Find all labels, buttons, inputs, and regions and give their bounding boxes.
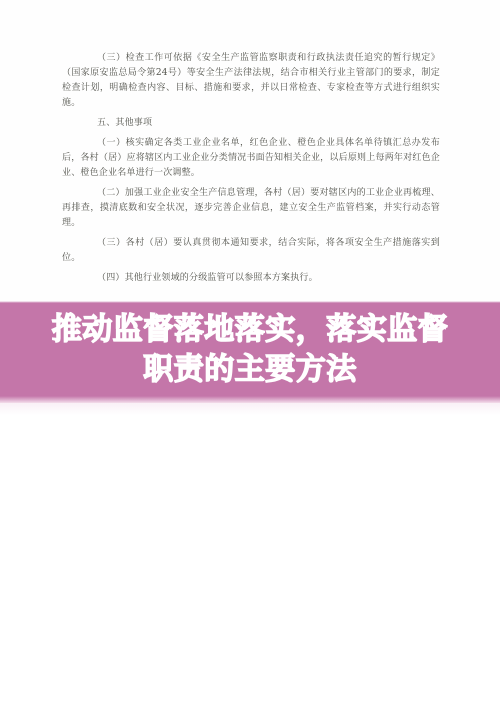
blank-content-area: [0, 415, 500, 707]
banner-title-line2: 职责的主要方法: [143, 350, 357, 390]
article-page: （三）检查工作可依据《安全生产监管监察职责和行政执法责任追究的暂行规定》（国家原…: [0, 0, 500, 707]
document-paragraph-3-implementation: （三）各村（居）要认真贯彻本通知要求，结合实际，将各项安全生产措施落实到位。: [62, 236, 440, 266]
banner-title-line1: 推动监督落地落实，落实监督: [52, 310, 449, 350]
document-paragraph-3-inspection-work: （三）检查工作可依据《安全生产监管监察职责和行政执法责任追究的暂行规定》（国家原…: [62, 51, 440, 111]
document-paragraph-2-information-management: （二）加强工业企业安全生产信息管理，各村（居）要对辖区内的工业企业再梳理、再排查…: [62, 186, 440, 231]
document-text-block: （三）检查工作可依据《安全生产监管监察职责和行政执法责任追究的暂行规定》（国家原…: [62, 51, 440, 291]
title-banner: 推动监督落地落实，落实监督 职责的主要方法: [0, 303, 500, 396]
document-paragraph-1-enterprise-lists: （一）核实确定各类工业企业名单，红色企业、橙色企业具体名单待镇汇总办发布后，各村…: [62, 136, 440, 181]
document-heading-other-matters: 五、其他事项: [62, 116, 440, 131]
banner-afterglow-strip: [0, 403, 500, 415]
banner-bottom-edge: [0, 396, 500, 403]
scanned-document-image: （三）检查工作可依据《安全生产监管监察职责和行政执法责任追究的暂行规定》（国家原…: [0, 0, 500, 303]
document-paragraph-4-other-industries: （四）其他行业领域的分级监管可以参照本方案执行。: [62, 271, 440, 286]
